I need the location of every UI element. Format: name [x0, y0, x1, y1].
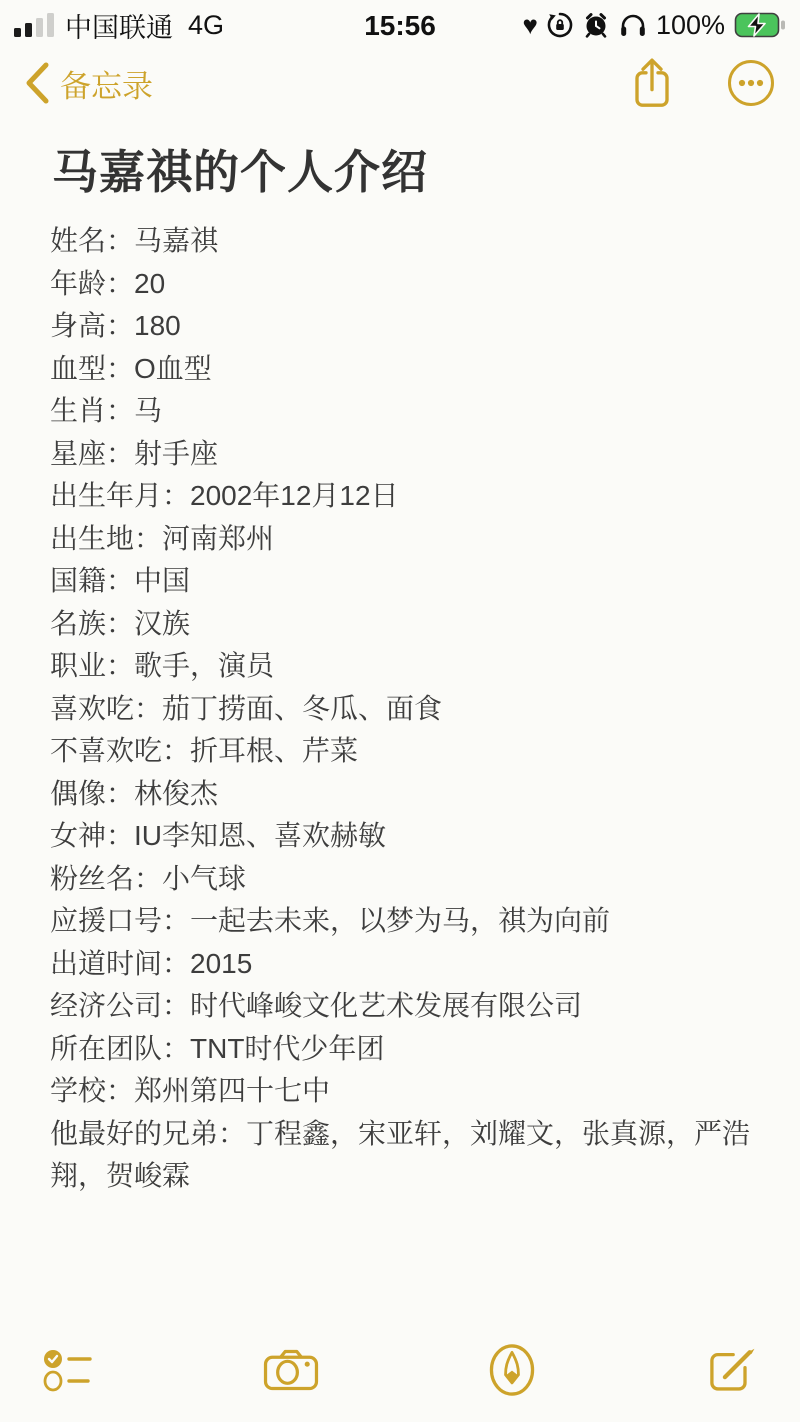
markup-button[interactable] [487, 1343, 537, 1397]
note-line[interactable]: 生肖：马 [50, 390, 764, 433]
note-editor[interactable]: 马嘉祺的个人介绍 姓名：马嘉祺年龄：20身高：180血型：O血型生肖：马星座：射… [0, 128, 800, 1198]
note-line[interactable]: 身高：180 [50, 305, 764, 348]
more-icon [726, 58, 776, 108]
note-line[interactable]: 学校：郑州第四十七中 [50, 1070, 764, 1113]
note-line[interactable]: 所在团队：TNT时代少年团 [50, 1028, 764, 1071]
heart-icon: ♥ [523, 12, 538, 38]
bottom-toolbar [0, 1318, 800, 1422]
note-line[interactable]: 粉丝名：小气球 [50, 858, 764, 901]
note-line[interactable]: 名族：汉族 [50, 603, 764, 646]
camera-button[interactable] [263, 1348, 319, 1392]
note-line[interactable]: 他最好的兄弟：丁程鑫，宋亚轩，刘耀文，张真源，严浩翔，贺峻霖 [50, 1113, 764, 1198]
note-line[interactable]: 年龄：20 [50, 263, 764, 306]
back-chevron-icon [24, 62, 50, 104]
share-icon [630, 56, 674, 110]
note-line[interactable]: 血型：O血型 [50, 348, 764, 391]
notes-app-screen: 中国联通 4G 15:56 ♥ [0, 0, 800, 1422]
note-line[interactable]: 喜欢吃：茄丁捞面、冬瓜、面食 [50, 688, 764, 731]
compose-icon [706, 1344, 758, 1396]
status-bar: 中国联通 4G 15:56 ♥ [0, 0, 800, 46]
clock-time: 15:56 [364, 10, 436, 42]
note-line[interactable]: 应援口号：一起去未来，以梦为马，祺为向前 [50, 900, 764, 943]
headphones-icon [619, 12, 647, 38]
battery-charging-icon [734, 11, 786, 39]
compose-button[interactable] [706, 1344, 758, 1396]
share-button[interactable] [630, 56, 674, 110]
more-button[interactable] [726, 58, 776, 108]
note-line[interactable]: 经济公司：时代峰峻文化艺术发展有限公司 [50, 985, 764, 1028]
note-line[interactable]: 星座：射手座 [50, 433, 764, 476]
checklist-icon [42, 1347, 94, 1393]
checklist-button[interactable] [42, 1347, 94, 1393]
note-body[interactable]: 姓名：马嘉祺年龄：20身高：180血型：O血型生肖：马星座：射手座出生年月：20… [50, 220, 764, 1198]
battery-percent-label: 100% [656, 10, 725, 41]
note-line[interactable]: 出生年月：2002年12月12日 [50, 475, 764, 518]
back-button[interactable]: 备忘录 [24, 61, 153, 106]
orientation-lock-icon [547, 12, 573, 38]
carrier-label: 中国联通 [65, 6, 173, 45]
note-line[interactable]: 出生地：河南郑州 [50, 518, 764, 561]
markup-icon [487, 1343, 537, 1397]
note-line[interactable]: 偶像：林俊杰 [50, 773, 764, 816]
signal-strength-icon [14, 11, 56, 39]
note-line[interactable]: 不喜欢吃：折耳根、芹菜 [50, 730, 764, 773]
note-line[interactable]: 女神：IU李知恩、喜欢赫敏 [50, 815, 764, 858]
note-line[interactable]: 姓名：马嘉祺 [50, 220, 764, 263]
note-line[interactable]: 出道时间：2015 [50, 943, 764, 986]
back-button-label: 备忘录 [60, 61, 153, 106]
network-type-label: 4G [188, 10, 224, 41]
note-line[interactable]: 职业：歌手，演员 [50, 645, 764, 688]
note-title[interactable]: 马嘉祺的个人介绍 [52, 136, 764, 202]
alarm-clock-icon [582, 11, 610, 39]
nav-bar: 备忘录 [0, 50, 800, 116]
camera-icon [263, 1348, 319, 1392]
note-line[interactable]: 国籍：中国 [50, 560, 764, 603]
